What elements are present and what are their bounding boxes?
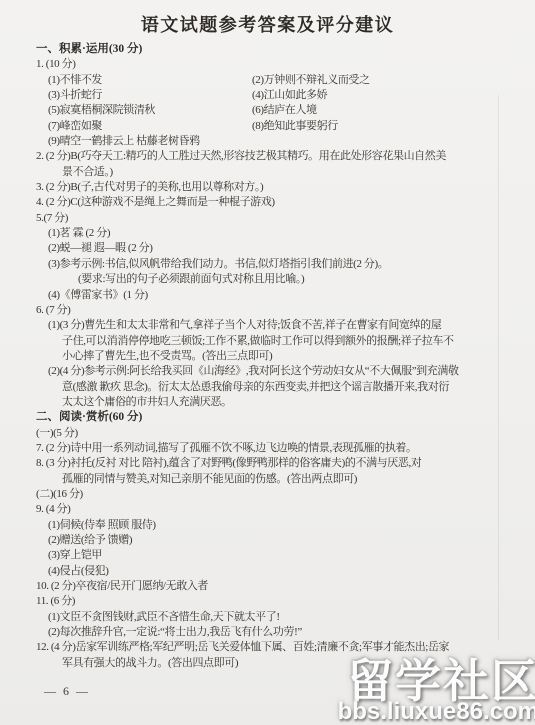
watermark-text: 留学社区 <box>338 659 535 703</box>
line-text: 孤雁的同情与赞美,对知己亲朋不能见面的伤感。(答出两点即可) <box>62 473 357 485</box>
line-text: 11. (6 分) <box>36 595 75 607</box>
line-text: 3. (2 分)B(子,古代对男子的美称,也用以尊称对方。) <box>36 181 263 193</box>
line-text: 6. (7 分) <box>36 304 70 316</box>
document-body: 一、积累·运用(30 分)1. (10 分)(1)不悱不发(2)万钟则不辩礼义而… <box>0 42 535 671</box>
line-text: 一、积累·运用(30 分) <box>36 43 142 55</box>
text-line: 1. (10 分) <box>0 57 535 72</box>
line-text: 10. (2 分)卒夜宿/民开门愿纳/无敢入者 <box>36 580 208 592</box>
text-line: 3. (2 分)B(子,古代对男子的美称,也用以尊称对方。) <box>0 180 535 195</box>
line-text: (2)每次推辞升官,一定说:“将士出力,我岳飞有什么功劳!” <box>48 626 302 638</box>
line-text: (3)穿上铠甲 <box>48 549 102 561</box>
text-line: (2)每次推辞升官,一定说:“将士出力,我岳飞有什么功劳!” <box>0 625 535 640</box>
text-line: 5.(7 分) <box>0 211 535 226</box>
line-text: 8. (3 分)衬托(反衬 对比 陪衬),蕴含了对野鸭(像野鸭那样的俗客庸夫)的… <box>36 457 421 469</box>
text-line: (要求:写出的句子必须跟前面句式对称且用比喻。) <box>0 272 535 287</box>
line-text: (1)伺候(侍奉 照顾 服侍) <box>48 519 156 531</box>
line-text: (1)茗 霖 (2 分) <box>48 227 110 239</box>
line-text: (二)(16 分) <box>36 488 83 500</box>
scan-artifact-line <box>498 95 499 640</box>
text-line: (2)赠送(给予 馈赠) <box>0 533 535 548</box>
text-line: 7. (2 分)诗中用一系列动词,描写了孤雁不饮不啄,边飞边唤的情景,表现孤雁的… <box>0 441 535 456</box>
line-text: 4. (2 分)C(这种游戏不是绳上之舞而是一种棍子游戏) <box>36 196 275 208</box>
text-line: 二、阅读·赏析(60 分) <box>0 410 535 425</box>
line-text: (2)赠送(给予 馈赠) <box>48 534 132 546</box>
line-text: 二、阅读·赏析(60 分) <box>36 411 142 423</box>
text-line: (1)伺候(侍奉 照顾 服侍) <box>0 518 535 533</box>
text-line: 孤雁的同情与赞美,对知己亲朋不能见面的伤感。(答出两点即可) <box>0 472 535 487</box>
line-text: (1)文臣不贪图钱财,武臣不吝惜生命,天下就太平了! <box>48 611 280 623</box>
text-line: (9)晴空一鹤排云上 枯藤老树昏鸦 <box>0 134 535 149</box>
text-line: 9. (4 分) <box>0 502 535 517</box>
line-text-col2: (8)绝知此事要躬行 <box>252 119 338 134</box>
page-number: — 6 — <box>44 684 90 699</box>
line-text: (2)(4 分)参考示例:阿长给我买回《山海经》,我对阿长这个劳动妇女从“不大佩… <box>48 365 459 377</box>
text-line: 11. (6 分) <box>0 594 535 609</box>
text-line: (3)穿上铠甲 <box>0 548 535 563</box>
text-line: 意(感激 歉疚 思念)。衍太太怂恿我偷母亲的东西变卖,并把这个谣言散播开来,我对… <box>0 380 535 395</box>
text-line: (4)侵占(侵犯) <box>0 564 535 579</box>
text-line: 太太这个庸俗的市井妇人充满厌恶。 <box>0 395 535 410</box>
line-text: 12. (4 分)岳家军训练严格;军纪严明;岳飞关爱体恤下属、百姓;清廉不贪;军… <box>36 641 449 653</box>
document-page: 语文试题参考答案及评分建议 一、积累·运用(30 分)1. (10 分)(1)不… <box>0 0 535 725</box>
text-line: 12. (4 分)岳家军训练严格;军纪严明;岳飞关爱体恤下属、百姓;清廉不贪;军… <box>0 640 535 655</box>
line-text: 景不合适。) <box>62 166 113 178</box>
line-text: 9. (4 分) <box>36 503 70 515</box>
line-text: (9)晴空一鹤排云上 枯藤老树昏鸦 <box>48 135 200 147</box>
line-text: (7)峰峦如聚 <box>48 120 102 132</box>
line-text: (1)(3 分)曹先生和太太非常和气,拿祥子当个人对待;饭食不苦,祥子在曹家有间… <box>48 319 441 331</box>
text-line: (2)(4 分)参考示例:阿长给我买回《山海经》,我对阿长这个劳动妇女从“不大佩… <box>0 364 535 379</box>
text-line: (1)文臣不贪图钱财,武臣不吝惜生命,天下就太平了! <box>0 610 535 625</box>
text-line: 2. (2 分)B(巧夺天工:精巧的人工胜过天然,形容技艺极其精巧。用在此处形容… <box>0 149 535 164</box>
line-text: (3)参考示例:书信,似风帆带给我们动力。书信,似灯塔指引我们前进(2 分)。 <box>48 258 388 270</box>
text-line: (7)峰峦如聚(8)绝知此事要躬行 <box>0 119 535 134</box>
text-line: 子住,可以消消停停地吃三顿饭;工作不累,做临时工作可以得到额外的报酬;祥子拉车不 <box>0 334 535 349</box>
text-line: 10. (2 分)卒夜宿/民开门愿纳/无敢入者 <box>0 579 535 594</box>
text-line: 4. (2 分)C(这种游戏不是绳上之舞而是一种棍子游戏) <box>0 195 535 210</box>
line-text: 军具有强大的战斗力。(答出四点即可) <box>62 657 238 669</box>
line-text: (4)侵占(侵犯) <box>48 565 109 577</box>
text-line: 一、积累·运用(30 分) <box>0 42 535 57</box>
text-line: (4)《傅雷家书》(1 分) <box>0 288 535 303</box>
line-text-col2: (6)结庐在人境 <box>252 103 317 118</box>
text-line: (3)参考示例:书信,似风帆带给我们动力。书信,似灯塔指引我们前进(2 分)。 <box>0 257 535 272</box>
text-line: (1)不悱不发(2)万钟则不辩礼义而受之 <box>0 73 535 88</box>
page-title: 语文试题参考答案及评分建议 <box>0 0 535 37</box>
text-line: 6. (7 分) <box>0 303 535 318</box>
line-text: (5)寂寞梧桐深院锁清秋 <box>48 104 155 116</box>
line-text: (3)斗折蛇行 <box>48 89 102 101</box>
text-line: 景不合适。) <box>0 165 535 180</box>
text-line: (5)寂寞梧桐深院锁清秋(6)结庐在人境 <box>0 103 535 118</box>
line-text: 7. (2 分)诗中用一系列动词,描写了孤雁不饮不啄,边飞边唤的情景,表现孤雁的… <box>36 442 417 454</box>
line-text: (要求:写出的句子必须跟前面句式对称且用比喻。) <box>78 273 304 285</box>
line-text: 意(感激 歉疚 思念)。衍太太怂恿我偷母亲的东西变卖,并把这个谣言散播开来,我对… <box>62 381 449 393</box>
line-text-col2: (2)万钟则不辩礼义而受之 <box>252 73 370 88</box>
watermark-url: bbs.liuxue86.com <box>338 701 535 722</box>
text-line: (3)斗折蛇行(4)江山如此多娇 <box>0 88 535 103</box>
line-text: 太太这个庸俗的市井妇人充满厌恶。 <box>62 396 232 408</box>
text-line: (一)(5 分) <box>0 426 535 441</box>
text-line: (二)(16 分) <box>0 487 535 502</box>
text-line: (1)(3 分)曹先生和太太非常和气,拿祥子当个人对待;饭食不苦,祥子在曹家有间… <box>0 318 535 333</box>
line-text-col2: (4)江山如此多娇 <box>252 88 327 103</box>
line-text: 1. (10 分) <box>36 58 75 70</box>
text-line: (2)蜕—褪 遐—暇 (2 分) <box>0 241 535 256</box>
watermark: 留学社区 bbs.liuxue86.com <box>338 659 535 722</box>
line-text: (一)(5 分) <box>36 427 78 439</box>
line-text: 子住,可以消消停停地吃三顿饭;工作不累,做临时工作可以得到额外的报酬;祥子拉车不 <box>62 335 454 347</box>
text-line: 8. (3 分)衬托(反衬 对比 陪衬),蕴含了对野鸭(像野鸭那样的俗客庸夫)的… <box>0 456 535 471</box>
line-text: (4)《傅雷家书》(1 分) <box>48 289 148 301</box>
text-line: 小心摔了曹先生,也不受责骂。(答出三点即可) <box>0 349 535 364</box>
text-line: (1)茗 霖 (2 分) <box>0 226 535 241</box>
line-text: 5.(7 分) <box>36 212 68 224</box>
line-text: 2. (2 分)B(巧夺天工:精巧的人工胜过天然,形容技艺极其精巧。用在此处形容… <box>36 150 446 162</box>
line-text: (2)蜕—褪 遐—暇 (2 分) <box>48 242 153 254</box>
line-text: 小心摔了曹先生,也不受责骂。(答出三点即可) <box>62 350 272 362</box>
line-text: (1)不悱不发 <box>48 74 102 86</box>
